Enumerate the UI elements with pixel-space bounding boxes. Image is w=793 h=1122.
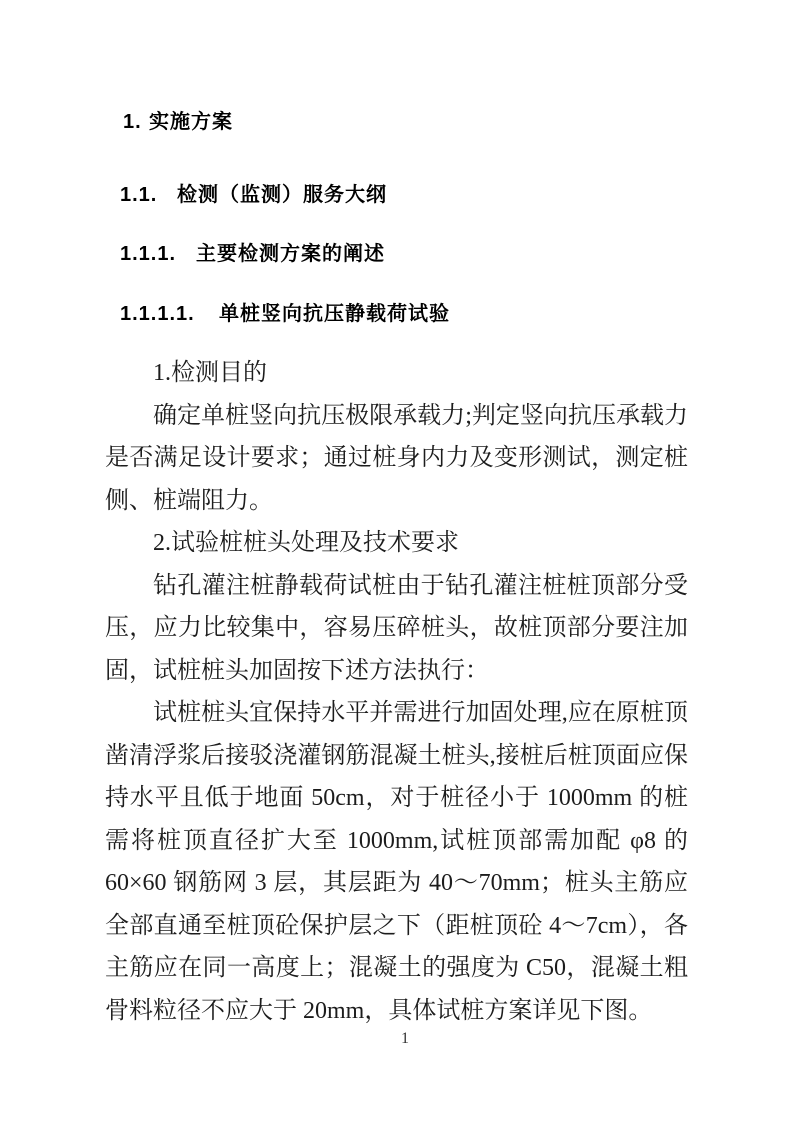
heading-title: 主要检测方案的阐述 [196, 243, 385, 265]
body-text-block: 1.检测目的 确定单桩竖向抗压极限承载力;判定竖向抗压承载力是否满足设计要求；通… [105, 352, 688, 1032]
body-paragraph-numbered-item-2: 2.试验桩桩头处理及技术要求 [105, 522, 688, 565]
heading-level-4: 1.1.1.1.单桩竖向抗压静载荷试验 [120, 300, 688, 328]
body-paragraph-detection-purpose: 确定单桩竖向抗压极限承载力;判定竖向抗压承载力是否满足设计要求；通过桩身内力及变… [105, 395, 688, 523]
heading-level-2: 1.1.检测（监测）服务大纲 [120, 181, 688, 209]
heading-number: 1. [123, 108, 149, 136]
heading-title: 单桩竖向抗压静载荷试验 [219, 303, 450, 325]
heading-number: 1.1.1. [120, 240, 196, 268]
body-paragraph-numbered-item-1: 1.检测目的 [105, 352, 688, 395]
heading-number: 1.1.1.1. [120, 300, 219, 328]
body-paragraph-pile-head-reinforce: 钻孔灌注桩静载荷试桩由于钻孔灌注桩桩顶部分受压，应力比较集中，容易压碎桩头，故桩… [105, 565, 688, 693]
heading-title: 实施方案 [149, 111, 233, 133]
heading-level-1: 1.实施方案 [123, 108, 688, 136]
page-content: 1.实施方案 1.1.检测（监测）服务大纲 1.1.1.主要检测方案的阐述 1.… [105, 108, 688, 1032]
page-number: 1 [105, 1030, 705, 1048]
heading-title: 检测（监测）服务大纲 [177, 184, 387, 206]
heading-number: 1.1. [120, 181, 177, 209]
document-page: 1.实施方案 1.1.检测（监测）服务大纲 1.1.1.主要检测方案的阐述 1.… [0, 0, 793, 1122]
body-paragraph-pile-head-method: 试桩桩头宜保持水平并需进行加固处理,应在原桩顶凿清浮浆后接驳浇灌钢筋混凝土桩头,… [105, 692, 688, 1032]
heading-level-3: 1.1.1.主要检测方案的阐述 [120, 240, 688, 268]
